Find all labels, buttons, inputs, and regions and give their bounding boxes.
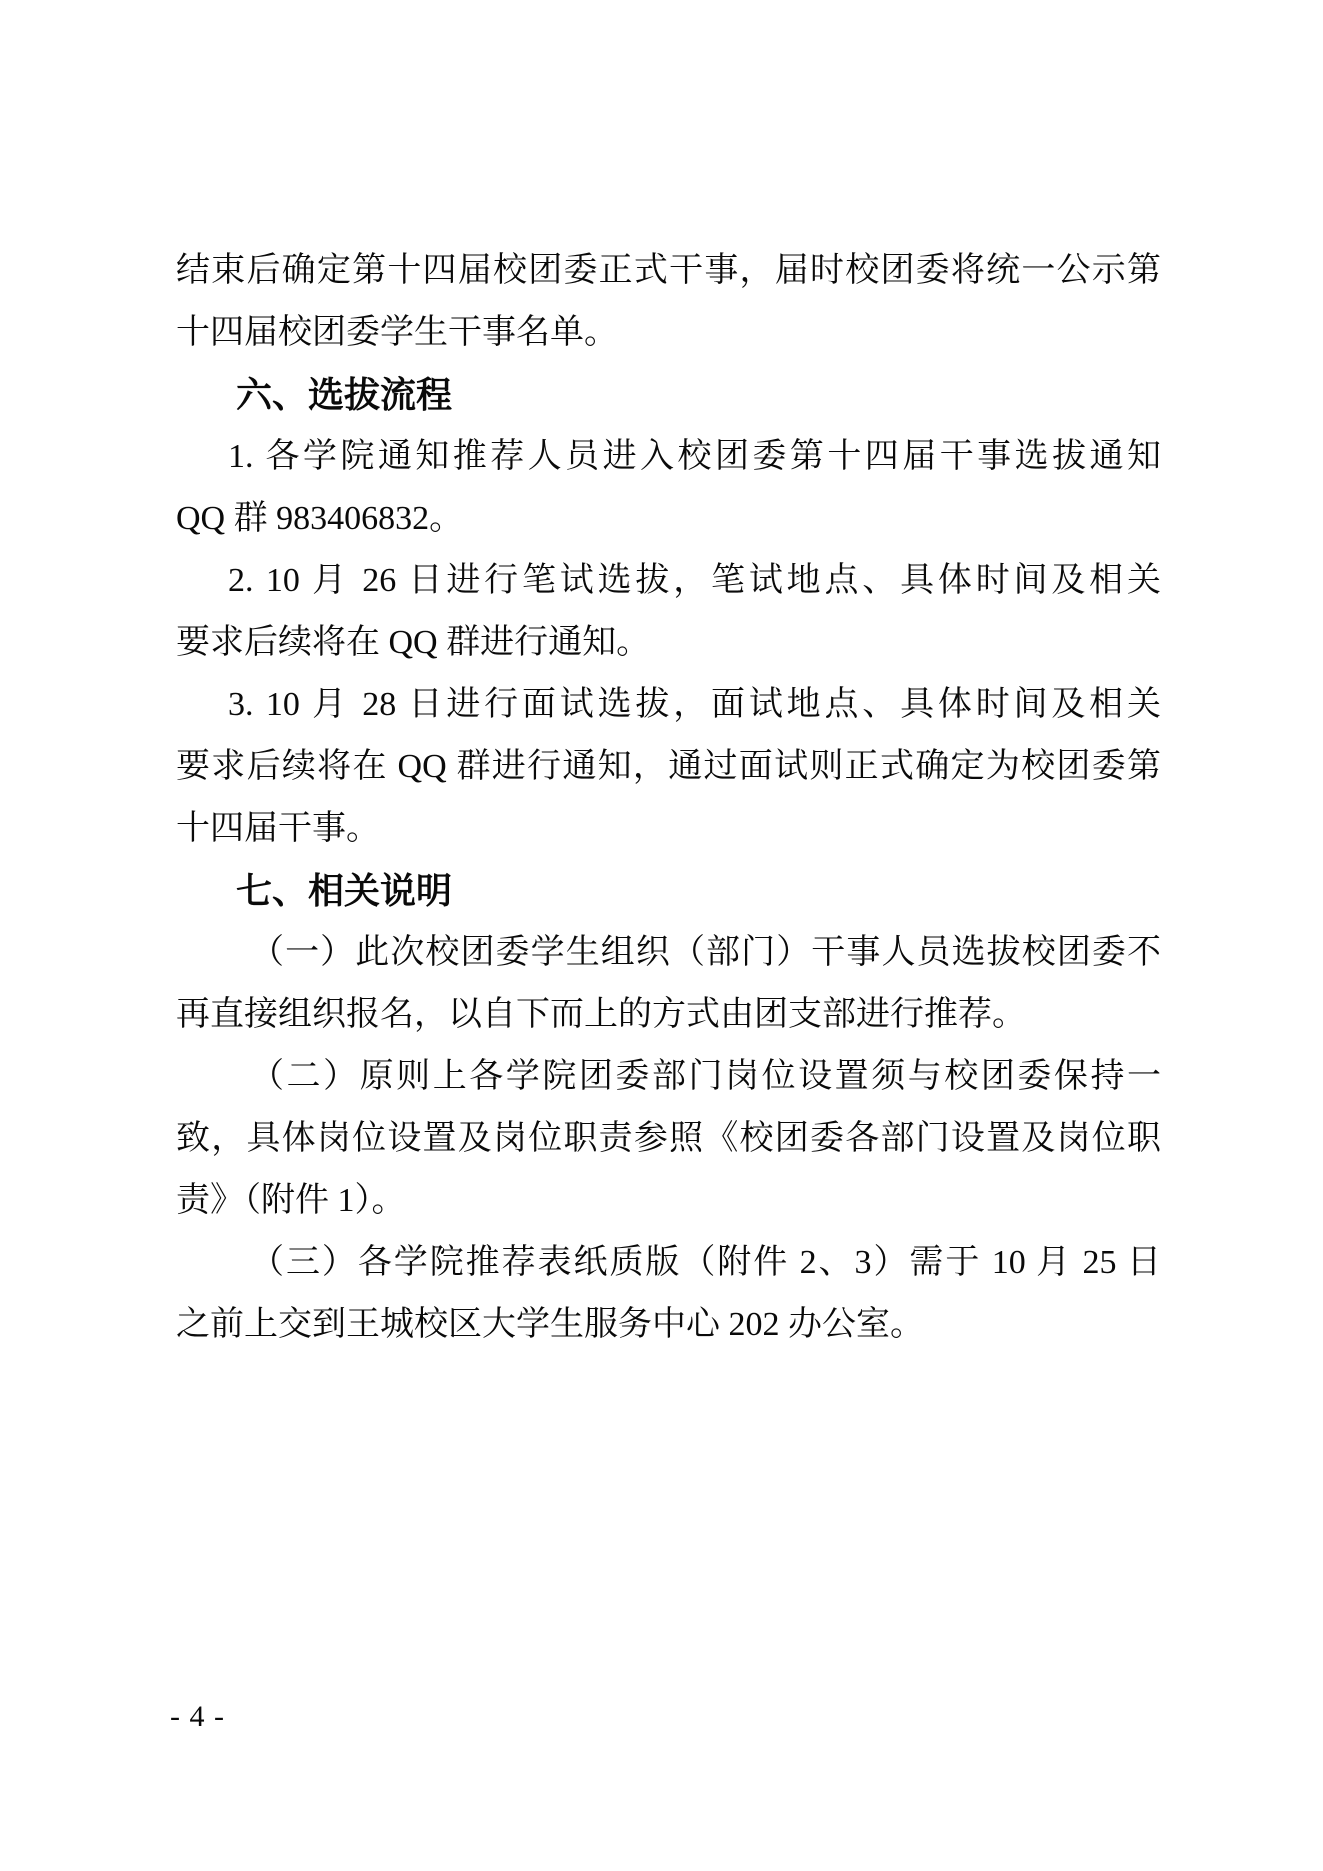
body-line: 结束后确定第十四届校团委正式干事，届时校团委将统一公示第 [176,240,1161,302]
body-line: 再直接组织报名，以自下而上的方式由团支部进行推荐。 [176,984,1161,1046]
body-line: 责》（附件 1）。 [176,1170,1161,1232]
page-number: - 4 - [170,1695,225,1739]
body-line: （一）此次校团委学生组织（部门）干事人员选拔校团委不 [176,922,1161,984]
body-line: 2. 10 月 26 日进行笔试选拔，笔试地点、具体时间及相关 [176,550,1161,612]
body-line: 要求后续将在 QQ 群进行通知，通过面试则正式确定为校团委第 [176,736,1161,798]
body-line: QQ 群 983406832。 [176,488,1161,550]
body-line: 致，具体岗位设置及岗位职责参照《校团委各部门设置及岗位职 [176,1108,1161,1170]
body-line: 之前上交到王城校区大学生服务中心 202 办公室。 [176,1294,1161,1356]
body-line: 1. 各学院通知推荐人员进入校团委第十四届干事选拔通知 [176,426,1161,488]
section-heading: 七、相关说明 [176,860,1161,922]
body-line: 3. 10 月 28 日进行面试选拔，面试地点、具体时间及相关 [176,674,1161,736]
body-line: 十四届干事。 [176,798,1161,860]
document-page: 结束后确定第十四届校团委正式干事，届时校团委将统一公示第 十四届校团委学生干事名… [0,0,1323,1871]
body-line: 要求后续将在 QQ 群进行通知。 [176,612,1161,674]
section-heading: 六、选拔流程 [176,364,1161,426]
body-line: （三）各学院推荐表纸质版（附件 2、3）需于 10 月 25 日 [176,1232,1161,1294]
document-body: 结束后确定第十四届校团委正式干事，届时校团委将统一公示第 十四届校团委学生干事名… [176,240,1161,1356]
body-line: 十四届校团委学生干事名单。 [176,302,1161,364]
body-line: （二）原则上各学院团委部门岗位设置须与校团委保持一 [176,1046,1161,1108]
